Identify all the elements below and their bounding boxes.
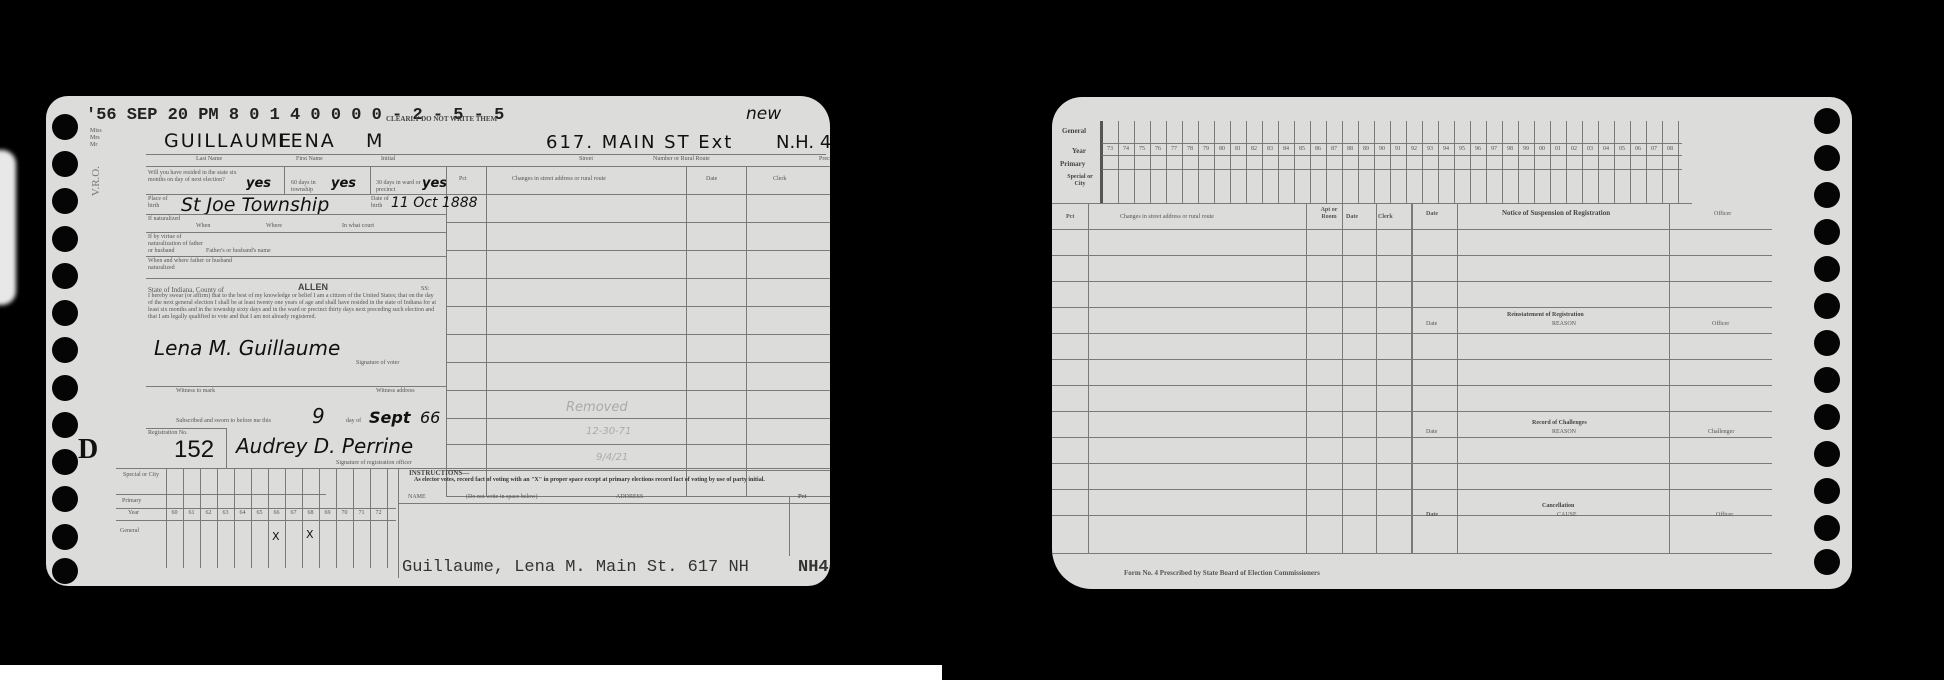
grid-row-special: Special or City (1062, 174, 1098, 188)
date-column-header: Date (706, 176, 717, 182)
registration-number: 152 (174, 436, 214, 464)
year-cell: 92 (1406, 146, 1422, 152)
year-cell: 97 (1486, 146, 1502, 152)
punch-hole (1814, 441, 1840, 467)
cancellation-cause-header: CAUSE (1557, 512, 1577, 518)
year-cell: 81 (1230, 146, 1246, 152)
corner-note: new (746, 104, 781, 124)
year-cell: 68 (302, 510, 319, 516)
year-cell: 84 (1278, 146, 1294, 152)
place-of-birth-label: Place of birth (148, 196, 178, 210)
changes-column-header: Changes in street address or rural route (512, 176, 606, 182)
street-label: Street (579, 156, 593, 162)
year-cell: 77 (1166, 146, 1182, 152)
punch-hole (52, 375, 78, 401)
vote-mark-68: X (306, 528, 314, 541)
divider (446, 306, 830, 307)
side-label: V.R.O. (90, 166, 102, 196)
vote-mark-66: X (272, 530, 280, 543)
witness-mark-label: Witness to mark (176, 388, 215, 394)
grid-row-primary: Primary (122, 498, 141, 504)
divider (146, 428, 226, 429)
year-cell: 65 (251, 510, 268, 516)
registration-letter: D (78, 434, 98, 466)
year-cell: 86 (1310, 146, 1326, 152)
punch-hole (52, 449, 78, 475)
pct-label: Pct (798, 494, 806, 500)
divider (446, 390, 830, 391)
punch-hole (1814, 478, 1840, 504)
cancellation-title: Cancellation (1542, 503, 1574, 509)
faint-change-entry: Removed (566, 400, 628, 415)
voter-signature: Lena M. Guillaume (154, 336, 340, 360)
punch-hole (1814, 293, 1840, 319)
do-not-write-label: (Do not write in space below) (466, 494, 537, 500)
header-instruction: CLEARLY DO NOT WRITE THEM (386, 115, 497, 123)
divider (146, 154, 826, 155)
punch-hole (52, 188, 78, 214)
resided-state-label: Will you have resided in the state six m… (148, 170, 243, 184)
typed-precinct: NH4 (798, 558, 829, 577)
divider (446, 470, 830, 471)
year-cell: 05 (1614, 146, 1630, 152)
place-of-birth-value: St Joe Township (181, 194, 329, 216)
punch-hole (52, 151, 78, 177)
address-label: ADDRESS (616, 494, 643, 500)
divider (446, 194, 830, 195)
divider (1052, 229, 1772, 230)
sworn-day-value: 9 (312, 404, 325, 428)
divider (446, 362, 830, 363)
punch-hole (1814, 256, 1840, 282)
punch-hole (1814, 367, 1840, 393)
oath-text: I hereby swear (or affirm) that to the b… (148, 293, 438, 321)
registration-card-back: General Year Primary Special or City 73 … (1052, 97, 1852, 589)
white-strip (0, 665, 942, 680)
punch-hole (52, 114, 78, 140)
day-of-label: day of (346, 418, 361, 424)
year-cell: 75 (1134, 146, 1150, 152)
court-label: In what court (342, 223, 374, 229)
year-cell: 03 (1582, 146, 1598, 152)
year-cell: 69 (319, 510, 336, 516)
faint-change-entry: 9/4/21 (596, 452, 628, 463)
year-cell: 90 (1374, 146, 1390, 152)
year-cell: 00 (1534, 146, 1550, 152)
punch-hole (52, 486, 78, 512)
challenges-date-header: Date (1426, 429, 1437, 435)
grid-row-general: General (120, 528, 139, 534)
cancellation-date-header: Date (1426, 512, 1438, 518)
clerk-column-header: Clerk (773, 176, 786, 182)
clerk-column-header: Clerk (1378, 214, 1393, 220)
pct-column-header: Pct (459, 176, 467, 182)
punch-hole (52, 558, 78, 584)
instructions-text: As elector votes, record fact of voting … (414, 477, 830, 484)
first-name-value: LENA (278, 130, 336, 152)
year-cell: 08 (1662, 146, 1678, 152)
reinstatement-reason-header: REASON (1552, 321, 1576, 327)
resided-township-label: 60 days in township (291, 180, 331, 194)
when-label: When (196, 223, 210, 229)
divider (398, 468, 399, 578)
last-name-value: GUILLAUME (164, 130, 293, 152)
when-where-father-label: When and where father or husband natural… (148, 258, 243, 272)
divider (370, 166, 371, 194)
punch-hole (1814, 515, 1840, 541)
divider (146, 278, 446, 279)
punch-hole (1814, 182, 1840, 208)
naturalized-label: If naturalized (148, 216, 183, 223)
year-cell: 63 (217, 510, 234, 516)
resided-ward-answer: yes (422, 176, 447, 191)
grid-row-special: Special or City (118, 472, 164, 479)
edge-glare (0, 150, 16, 305)
divider (446, 444, 830, 445)
challenges-title: Record of Challenges (1532, 420, 1587, 426)
year-cell: 96 (1470, 146, 1486, 152)
signature-of-officer-label: Signature of registration officer (336, 460, 412, 466)
year-cell: 64 (234, 510, 251, 516)
challenges-challenger-header: Challenger (1708, 429, 1734, 435)
officer-signature: Audrey D. Perrine (236, 434, 413, 458)
divider (146, 214, 446, 215)
divider (1052, 489, 1772, 490)
where-label: Where (266, 223, 282, 229)
sworn-year-value: 66 (420, 408, 440, 427)
divider (789, 496, 790, 556)
divider (1052, 255, 1772, 256)
year-cell: 02 (1566, 146, 1582, 152)
grid-row-general: General (1062, 127, 1086, 135)
year-cell: 82 (1246, 146, 1262, 152)
year-cell: 70 (336, 510, 353, 516)
reinstatement-date-header: Date (1426, 321, 1437, 327)
year-cell: 78 (1182, 146, 1198, 152)
year-cell: 06 (1630, 146, 1646, 152)
year-cell: 04 (1598, 146, 1614, 152)
suspension-officer-header: Officer (1714, 211, 1731, 217)
punch-hole (52, 412, 78, 438)
divider (446, 166, 447, 496)
witness-address-label: Witness address (376, 388, 415, 394)
divider (1052, 411, 1772, 412)
year-cell: 87 (1326, 146, 1342, 152)
punch-hole (52, 524, 78, 550)
street-address-value: 617. MAIN ST Ext (546, 132, 733, 153)
year-cell: 66 (268, 510, 285, 516)
divider (446, 334, 830, 335)
salutations: MissMrsMr (90, 128, 102, 149)
first-name-label: First Name (296, 156, 323, 162)
signature-of-voter-label: Signature of voter (356, 360, 399, 366)
grid-row-year: Year (128, 510, 139, 516)
divider (746, 166, 747, 496)
year-cell: 88 (1342, 146, 1358, 152)
last-name-label: Last Name (196, 156, 222, 162)
year-cell: 67 (285, 510, 302, 516)
divider (1052, 463, 1772, 464)
year-cell: 62 (200, 510, 217, 516)
faint-change-entry: 12-30-71 (586, 426, 631, 437)
year-cell: 61 (183, 510, 200, 516)
divider (1052, 203, 1692, 204)
ss-label: SS: (421, 286, 429, 292)
sworn-month-value: Sept (369, 408, 410, 427)
punch-hole (52, 337, 78, 363)
divider (146, 256, 446, 257)
resided-township-answer: yes (331, 176, 356, 191)
divider (1052, 553, 1772, 554)
divider (1052, 359, 1772, 360)
punch-hole (1814, 108, 1840, 134)
year-cell: 85 (1294, 146, 1310, 152)
year-cell: 93 (1422, 146, 1438, 152)
precinct-label: Precinct (819, 156, 830, 162)
year-cell: 60 (166, 510, 183, 516)
grid-row-primary: Primary (1060, 160, 1085, 168)
year-cell: 95 (1454, 146, 1470, 152)
divider (446, 418, 830, 419)
resided-state-answer: yes (246, 176, 271, 191)
year-cell: 79 (1198, 146, 1214, 152)
punch-hole (1814, 145, 1840, 171)
number-label: Number or Rural Route (653, 156, 710, 162)
county-value: ALLEN (298, 282, 328, 292)
year-cell: 72 (370, 510, 387, 516)
divider (226, 428, 227, 468)
father-name-label: Father's or husband's name (206, 248, 271, 254)
date-column-header: Date (1346, 214, 1358, 220)
year-cell: 83 (1262, 146, 1278, 152)
punch-hole (1814, 219, 1840, 245)
divider (1052, 281, 1772, 282)
changes-column-header: Changes in street address or rural route (1120, 214, 1214, 220)
instructions-title: INSTRUCTIONS— (409, 469, 469, 477)
initial-value: M (366, 130, 382, 152)
initial-label: Initial (381, 156, 395, 162)
year-cell: 07 (1646, 146, 1662, 152)
divider (486, 166, 487, 496)
grid-row-year: Year (1072, 147, 1086, 155)
pct-column-header: Pct (1066, 214, 1074, 220)
punch-hole (52, 226, 78, 252)
punch-hole (52, 300, 78, 326)
year-cell: 80 (1214, 146, 1230, 152)
year-cell: 99 (1518, 146, 1534, 152)
year-cell: 91 (1390, 146, 1406, 152)
challenges-reason-header: REASON (1552, 429, 1576, 435)
suspension-date-header: Date (1426, 211, 1438, 217)
divider (446, 250, 830, 251)
divider (284, 166, 285, 194)
year-cell: 74 (1118, 146, 1134, 152)
year-grid: 73 74 75 76 77 78 79 80 81 82 83 84 85 8… (1102, 121, 1682, 203)
apt-column-header: Apt or Room (1314, 207, 1344, 221)
reinstatement-title: Reinstatement of Registration (1507, 312, 1584, 318)
divider (1052, 307, 1772, 308)
divider (146, 232, 446, 233)
reinstatement-officer-header: Officer (1712, 321, 1729, 327)
divider (1052, 437, 1772, 438)
year-cell: 89 (1358, 146, 1374, 152)
year-cell: 01 (1550, 146, 1566, 152)
year-cell: 73 (1102, 146, 1118, 152)
divider (446, 278, 830, 279)
punch-hole (52, 263, 78, 289)
divider (686, 166, 687, 496)
year-cell: 98 (1502, 146, 1518, 152)
year-cell: 76 (1150, 146, 1166, 152)
punch-hole (1814, 549, 1840, 575)
divider (398, 503, 830, 504)
year-cell: 94 (1438, 146, 1454, 152)
year-cell: 71 (353, 510, 370, 516)
resided-ward-label: 30 days in ward or precinct (376, 180, 421, 194)
registration-card-front: '56 SEP 20 PM 8 0 1 4 0 0 0 0 - 2 - 5 - … (46, 96, 830, 586)
divider (1052, 515, 1772, 516)
divider (146, 166, 830, 167)
divider (1052, 333, 1772, 334)
cancellation-officer-header: Officer (1716, 512, 1733, 518)
by-virtue-label: If by virtue of naturalization of father… (148, 234, 203, 255)
form-footer: Form No. 4 Prescribed by State Board of … (1124, 569, 1320, 577)
year-grid: 60 61 62 63 64 65 66 67 68 69 70 71 72 X… (166, 468, 396, 568)
name-label: NAME (408, 494, 426, 500)
punch-hole (1814, 330, 1840, 356)
typed-name-address: Guillaume, Lena M. Main St. 617 NH (402, 558, 749, 577)
divider (446, 222, 830, 223)
divider (146, 386, 446, 387)
date-of-birth-value: 11 Oct 1888 (391, 195, 478, 211)
punch-hole (1814, 404, 1840, 430)
divider (1052, 385, 1772, 386)
suspension-title: Notice of Suspension of Registration (1502, 209, 1610, 217)
subscribed-label: Subscribed and sworn to before me this (176, 418, 271, 424)
precinct-value: N.H. 4 (776, 132, 830, 153)
